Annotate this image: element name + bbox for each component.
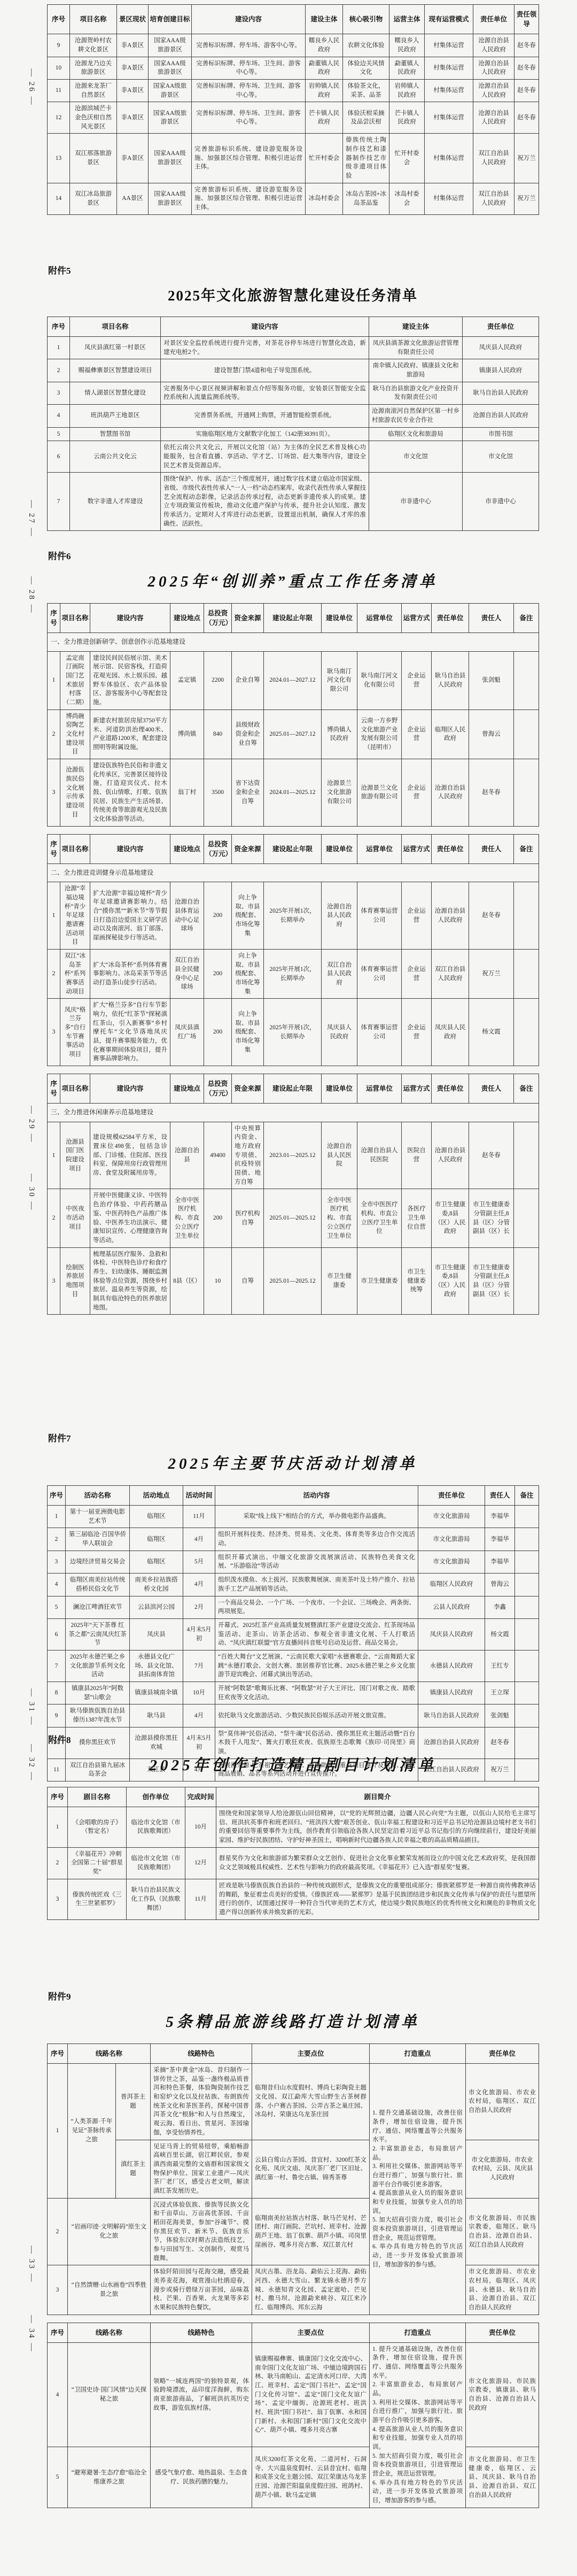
body-cell: 沧源自治县人民政府 — [432, 1122, 469, 1189]
body-cell: 国家AAA级旅游景区 — [149, 134, 192, 183]
body-cell: 市文化馆 — [369, 441, 463, 473]
body-cell: 医院自营 — [402, 1122, 432, 1189]
body-cell — [514, 1189, 539, 1247]
header-cell: 建设内容 — [90, 1074, 170, 1104]
body-cell: 4月末5月初 — [183, 1618, 215, 1650]
body-cell: 体育赛事运营公司 — [357, 882, 402, 950]
body-cell: 12月 — [185, 1847, 216, 1879]
body-cell: 沧源龙乃边关旅游景区 — [70, 57, 117, 79]
body-cell: 临翔区 — [130, 1551, 183, 1573]
attachment-6-label: 附件6 — [48, 549, 539, 562]
header-cell: 责任单位 — [473, 5, 514, 34]
body-cell — [515, 1574, 539, 1596]
body-cell: 沧源自治县人民政府 — [473, 57, 514, 79]
body-cell: 勐董镇人民政府 — [306, 57, 343, 79]
body-cell: 市文化旅游局 — [418, 1528, 485, 1551]
body-cell: 村集体运营 — [425, 57, 473, 79]
body-cell: 7 — [48, 473, 70, 531]
body-cell: 领略“一城连两国”的独特景观，体验跨境漂流，品印度洋海鲜，购东南亚旅游商品，了解… — [151, 2342, 252, 2447]
body-cell: 5 — [48, 427, 70, 441]
header-cell: 项目名称 — [60, 1074, 90, 1104]
body-cell: 赵冬春 — [469, 759, 514, 827]
body-cell: 10 — [48, 57, 70, 79]
body-cell: 凤庆县人民政府 — [418, 1618, 485, 1650]
body-cell: 国家AAA级旅游景区 — [149, 183, 192, 214]
body-cell: 二、全力推进竞训健身示范基地建设 — [48, 863, 539, 882]
body-cell: 向上争取、市县级配套、市场化筹集 — [232, 882, 264, 950]
header-cell: 建设地点 — [170, 834, 204, 863]
body-cell — [514, 882, 539, 950]
body-cell: 完善旅游标识系统、建设游览服务设施、加强景区综合管理、积极引进运营主体。 — [192, 183, 306, 214]
body-cell: 2 — [48, 1847, 68, 1879]
body-cell: 9 — [48, 34, 70, 57]
attachment-5-block: 附件5 2025年文化旅游智慧化建设任务清单 序号项目名称建设内容建设主体责任单… — [47, 263, 539, 538]
body-cell: 一、全力推进创新研学、创意创作示范基地建设 — [48, 633, 539, 651]
body-cell: 4月 — [183, 1574, 215, 1596]
body-cell: 企业运营 — [402, 709, 432, 759]
body-cell: 建设佤族特色民俗和非遗文化传承区，完善景区接待设施，打造迎宾仪式、拉木鼓、佤山情… — [90, 759, 170, 827]
page-number: — 31 — — [27, 1688, 36, 1726]
body-cell: “自然馈赠·山水画卷”四季胜景之旅 — [68, 2265, 151, 2315]
body-cell: 杨文霞 — [469, 999, 514, 1066]
body-cell: 11月 — [185, 1879, 216, 1919]
body-cell: 双江自治县全民健身中心足球场 — [170, 950, 204, 999]
body-cell: 建设智慧门禁4道和电子导览图系统。 — [161, 359, 369, 382]
tourism-routes-table-part1: 序号线路名称线路特色主要点位打造重点责任单位1“人类茶源·千年见证”茶脉传承之旅… — [47, 2043, 539, 2315]
header-cell: 责任单位 — [418, 1486, 485, 1506]
body-cell: 沧源自治县人民政府 — [473, 102, 514, 134]
body-cell: 梳理基层医疗服务、急救和体检、中医特色诊疗和食疗养生、妇幼康体、睡眠监测体验等点… — [90, 1247, 170, 1315]
body-cell: 耿马自治县人民政府 — [432, 651, 469, 709]
body-cell: 临沧市文化馆（市民族歌舞团） — [127, 1847, 185, 1879]
body-cell: 沧源自治县人民医院 — [322, 1122, 357, 1189]
body-cell: 企业运营 — [402, 882, 432, 950]
body-cell: “人类茶源·千年见证”茶脉传承之旅 — [68, 2064, 116, 2198]
body-cell: 第十一届亚洲微电影艺术节 — [66, 1506, 130, 1528]
body-cell: 芒卡镇人民政府 — [389, 102, 425, 134]
body-cell: 沧源景兰文化旅游有限公司 — [357, 759, 402, 827]
header-cell: 运营单位 — [357, 1074, 402, 1104]
body-cell: 10 — [204, 1247, 232, 1315]
body-cell: 云南公共文化云 — [70, 441, 161, 473]
attachment-7-label: 附件7 — [48, 1431, 539, 1444]
body-cell: 张剑魁 — [469, 651, 514, 709]
body-cell: 孟定镇 — [170, 651, 204, 709]
body-cell: 村集体运营 — [425, 183, 473, 214]
body-cell: 云县白莺山古茶园、昔宜村、3200红茶文化苑、凤庆文庙、凤庆茶厂老厂区旧址、滇红… — [252, 2140, 370, 2198]
body-cell: 沧源自治县 — [170, 1122, 204, 1189]
body-cell: 祝万兰 — [514, 134, 539, 183]
header-cell: 资金来源 — [232, 604, 264, 633]
body-cell: 完善标识标牌、停车场、卫生间、游客中心等。 — [192, 102, 306, 134]
body-cell: 王红专 — [485, 1650, 515, 1682]
body-cell: 向上争取、市县级配套、市场化筹集 — [232, 950, 264, 999]
header-cell: 运营方式 — [402, 834, 432, 863]
body-cell: 体验沃柑采摘及品尝沃柑 — [343, 102, 389, 134]
body-cell: 2 — [48, 359, 70, 382]
header-cell: 建设起止年限 — [264, 604, 322, 633]
header-cell: 线路名称 — [68, 2323, 151, 2342]
header-cell: 备注 — [515, 1486, 539, 1506]
body-cell: 3 — [48, 759, 60, 827]
body-cell: 《会唱歌的房子》（暂定名） — [68, 1807, 127, 1848]
body-cell: 扩大“格兰芬多”自行车节影响力，依托“红茶节”探秘滇红茶山，引入新赛事“乡村摩托… — [90, 999, 170, 1066]
body-cell: 2025年永德芒果之乡文化旅游节系列文化活动 — [66, 1650, 130, 1682]
body-cell: 李鑫 — [485, 1596, 515, 1618]
body-cell: 耿马南汀河文化有限公司 — [322, 651, 357, 709]
body-cell: 3 — [48, 999, 60, 1066]
header-cell: 序号 — [48, 834, 60, 863]
body-cell: 1. 提升交通基础设施，改善住宿条件，增加住宿设施，提升医疗、通信、网络覆盖等公… — [370, 2342, 466, 2508]
body-cell: 沧源自治县人民政府 — [463, 405, 539, 427]
body-cell: 博尚镇 — [170, 709, 204, 759]
body-cell: 沉浸式体验佤族、傣族等民族文化和千亩草山、万亩高优茶园、千亩稻田花海美景，参加“… — [151, 2198, 252, 2265]
body-cell: 企业运营 — [402, 950, 432, 999]
attachment-9-block: 附件9 5条精品旅游线路打造计划清单 序号线路名称线路特色主要点位打造重点责任单… — [47, 1989, 539, 2516]
header-cell: 序号 — [48, 317, 70, 337]
body-cell: 数字非遗人才库建设 — [70, 473, 161, 531]
body-cell: 张剑魁 — [485, 1705, 515, 1727]
body-cell: 临翔区文化和旅游局 — [369, 427, 463, 441]
body-cell: 镇康县城南伞镇 — [130, 1682, 183, 1704]
body-cell: 云南一方乡野文化旅游产业发展有限公司（昆明市） — [357, 709, 402, 759]
header-cell: 责任人 — [469, 604, 514, 633]
body-cell: 云县滨河公园 — [130, 1596, 183, 1618]
body-cell: 企业运营 — [402, 999, 432, 1066]
body-cell: 10月 — [183, 1682, 215, 1704]
body-cell: 双江“冰岛茶杯”系列赛事活动项目 — [60, 950, 90, 999]
body-cell: 冰岛古茶园+冰岛茶品鉴 — [343, 183, 389, 214]
body-cell: 镇康县人民政府 — [463, 359, 539, 382]
body-cell: 智慧图书馆 — [70, 427, 161, 441]
body-cell: 国家AAA级旅游景区 — [149, 57, 192, 79]
body-cell: 赵冬春 — [514, 79, 539, 102]
body-cell: 建设民间民俗展示馆、美术展示馆、民宿客栈，打造荷花观光园、水上娱乐园、越野车体验… — [90, 651, 170, 709]
body-cell: 匠戏是耿马傣族佤族自治县的一种传统戏剧形式，是傣族文化的重要组成部分；傣族紧那罗… — [216, 1879, 539, 1919]
header-cell: 项目名称 — [70, 317, 161, 337]
body-cell: 傣族传统土陶制作技艺和漆器制作技艺市级非遗项目体验 — [343, 134, 389, 183]
body-cell: 县级财政资金和企业自筹 — [232, 709, 264, 759]
header-cell: 活动地点 — [130, 1486, 183, 1506]
body-cell: 双江自治县人民政府 — [432, 950, 469, 999]
header-cell: 责任人 — [485, 1486, 515, 1506]
body-cell: 双江冰岛旅游景区 — [70, 183, 117, 214]
body-cell: 200 — [204, 950, 232, 999]
body-cell: 依托耿马文化旅游活动、少数民族民俗娱乐活动开展文旅宣推。 — [215, 1705, 418, 1727]
body-cell: 南伞镇人民政府、镇康县文化和旅游局 — [369, 359, 463, 382]
body-cell: 1 — [48, 2064, 68, 2198]
body-cell — [515, 1682, 539, 1704]
body-cell: 2024.01—2027.12 — [264, 651, 322, 709]
attachment-5-label: 附件5 — [48, 263, 539, 276]
body-cell: 10月 — [185, 1807, 216, 1848]
body-cell: 开展中医健康义诊、中医特色治疗体验、中药药膳品鉴、中医药特色产品推广体验、中医养… — [90, 1189, 170, 1247]
body-cell: 1 — [48, 651, 60, 709]
body-cell: 农耕文化体验 — [343, 34, 389, 57]
body-cell: 医疗机构自筹 — [232, 1189, 264, 1247]
body-cell: 曾海云 — [485, 1574, 515, 1596]
body-cell: 祝万兰 — [514, 183, 539, 214]
body-cell: 1 — [48, 1506, 66, 1528]
header-cell: 序号 — [48, 1074, 60, 1104]
body-cell: 赵冬春 — [514, 34, 539, 57]
body-cell: 市卫生健康委分管副主任,8县（区）分管副县（区）长 — [469, 1247, 514, 1315]
header-cell: 线路名称 — [68, 2044, 151, 2064]
body-cell: 双江那落旅游景区 — [70, 134, 117, 183]
header-cell: 序号 — [48, 1486, 66, 1506]
tourism-routes-table-part2: 序号线路名称线路特色主要点位打造重点责任单位4“卫国史诗·国门风情”边关探秘之旅… — [47, 2323, 539, 2508]
body-cell: 市图书馆 — [463, 427, 539, 441]
body-cell: 沧源自治县人民医院 — [357, 1122, 402, 1189]
body-cell: 200 — [204, 882, 232, 950]
body-cell: 8 — [48, 1682, 66, 1704]
body-cell: 完善服务中心景区视频讲解和景点介绍等服务功能，安装景区智能安全监控系统和人流量监… — [161, 382, 369, 404]
header-cell: 建设地点 — [170, 1074, 204, 1104]
header-cell: 建设内容 — [90, 604, 170, 633]
body-cell: 市文化旅游局、市民族宗教委，临翔区、耿马自治县、沧源自治县、双江自治县人民政府 — [466, 2198, 539, 2265]
body-cell: 市卫生健康委分管副主任,8县（区）分管副县（区）长 — [469, 1189, 514, 1247]
body-cell: 第三届临沧·百国华侨华人联谊会 — [66, 1528, 130, 1551]
body-cell: 市文化馆 — [463, 441, 539, 473]
body-cell: 组织泼水摸鱼、水上拔河、民族歌舞展演、南美茶叶及土特产推介、拉祜族手工艺产品展销… — [215, 1574, 418, 1596]
body-cell: 市卫生健康委,8县（区）人民政府 — [432, 1189, 469, 1247]
body-cell: 糯良乡人民政府 — [389, 34, 425, 57]
body-cell: 体验边关风情文化 — [343, 57, 389, 79]
body-cell: 岩帅镇人民政府 — [306, 79, 343, 102]
body-cell: 7月 — [183, 1650, 215, 1682]
page-number: — 34 — — [27, 2315, 36, 2353]
body-cell: 耿马自治县人民政府 — [418, 1705, 485, 1727]
body-cell: 4 — [48, 405, 70, 427]
body-cell: 冰岛村委会 — [306, 183, 343, 214]
body-cell: 凤庆县人民政府 — [463, 337, 539, 359]
body-cell: “百姓大舞台”文艺展演、“云南民歌大家唱”永德赛歌会、“云南舞蹈大家跳”永德打歌… — [215, 1650, 418, 1682]
body-cell: 博尚镇人民政府 — [322, 709, 357, 759]
page-number: — 28 — — [27, 576, 36, 614]
key-tasks-table-part1: 序号项目名称建设内容建设地点总投资（万元）资金来源建设起止年限建设单位运营单位运… — [47, 603, 539, 827]
header-cell: 景区现状 — [117, 5, 149, 34]
body-cell: 澜沧江啤酒狂欢节 — [66, 1596, 130, 1618]
header-cell: 剧目名称 — [68, 1787, 127, 1807]
body-cell: 中央预算内资金、地方政府专项债、抗疫特别国债、地方自筹 — [232, 1122, 264, 1189]
body-cell: 耿马南汀河文化有限公司 — [357, 651, 402, 709]
body-cell: 南美乡拉祜族搭桥文化园 — [130, 1574, 183, 1596]
header-cell: 完成时间 — [185, 1787, 216, 1807]
body-cell: 凤庆县 — [130, 1618, 183, 1650]
body-cell: 耿马傣族佤族自治县傣历1387年泼水节 — [66, 1705, 130, 1727]
header-cell: 运营方式 — [402, 604, 432, 633]
attachment-9-title: 5条精品旅游线路打造计划清单 — [47, 2010, 539, 2032]
page-number: — 26 — — [27, 68, 36, 106]
body-cell — [515, 1705, 539, 1727]
body-cell: 祝万兰 — [469, 950, 514, 999]
body-cell: 5月 — [183, 1551, 215, 1573]
stage-productions-table: 序号剧目名称创作单位完成时间剧目简介1《会唱歌的房子》（暂定名）临沧市文化馆（市… — [47, 1787, 539, 1920]
body-cell: 200 — [204, 1189, 232, 1247]
header-cell: 活动名称 — [66, 1486, 130, 1506]
header-cell: 建设单位 — [322, 834, 357, 863]
body-cell: 凤庆县滇茶源文化旅游运营管理有限责任公司 — [369, 337, 463, 359]
body-cell: 感受气象疗愈、地热温泉、生态食疗、民族药膳的魅力。 — [151, 2447, 252, 2508]
body-cell — [514, 1247, 539, 1315]
body-cell: 耿马县 — [130, 1705, 183, 1727]
body-cell: 7 — [48, 1650, 66, 1682]
body-cell: 凤庆县人民政府 — [432, 999, 469, 1066]
header-cell: 主要点位 — [252, 2323, 370, 2342]
body-cell: 镇康县2025年“阿数瑟”山歌会 — [66, 1682, 130, 1704]
body-cell: 凤庆县滇红第一村景区 — [70, 337, 161, 359]
body-cell: 全市中医医疗机构、市直公立医疗卫生单位 — [170, 1189, 204, 1247]
body-cell: 孟定南汀画院国门艺术旅居村落（二期） — [60, 651, 90, 709]
body-cell: 赵冬春 — [514, 57, 539, 79]
body-cell: 村集体运营 — [425, 102, 473, 134]
body-cell: 村集体运营 — [425, 34, 473, 57]
header-cell: 备注 — [514, 1074, 539, 1104]
body-cell: 市卫生健康委统筹 — [402, 1247, 432, 1315]
header-cell: 总投资（万元） — [204, 604, 232, 633]
body-cell: 省下达资金和企业自筹 — [232, 759, 264, 827]
body-cell: 2 — [48, 950, 60, 999]
body-cell: 2 — [48, 2198, 68, 2265]
body-cell: 村集体运营 — [425, 134, 473, 183]
body-cell: 沧源贺岭村农耕文化景区 — [70, 34, 117, 57]
body-cell: 临翔区南美拉祜传统搭桥民俗文化节 — [66, 1574, 130, 1596]
body-cell: 三、全力推进休闲康养示范基地建设 — [48, 1104, 539, 1122]
body-cell: 非A景区 — [117, 134, 149, 183]
body-cell: 沧源自治县人民政府 — [473, 79, 514, 102]
body-cell: 2025年“天下茶尊 红茶之都”云南凤庆红茶节 — [66, 1618, 130, 1650]
body-cell: 自筹 — [232, 1247, 264, 1315]
body-cell: 5 — [48, 1596, 66, 1618]
attachment-5-title: 2025年文化旅游智慧化建设任务清单 — [47, 284, 539, 305]
body-cell: 2 — [48, 1528, 66, 1551]
body-cell: 实施临翔区地方文献数字化加工（142册38391页）。 — [161, 427, 369, 441]
body-cell: 双江自治县人民政府 — [473, 134, 514, 183]
header-cell: 序号 — [48, 2044, 68, 2064]
body-cell: 对景区安全监控系统进行提升完善，对茶花谷停车场进行智慧化改造，新建充电桩2个。 — [161, 337, 369, 359]
body-cell: 沧源“幸福边境杯”青少年足球邀请赛活动项目 — [60, 882, 90, 950]
body-cell: 1 — [48, 1122, 60, 1189]
header-cell: 创作单位 — [127, 1787, 185, 1807]
body-cell: 临翔昔归山水度假村、博尚七彩陶瓷主题文化园、双江勐库大雪山野生古茶树群落、小户赛… — [252, 2064, 370, 2140]
body-cell: 赵冬春 — [469, 882, 514, 950]
body-cell: 边境经济贸易交易会 — [66, 1551, 130, 1573]
body-cell: 体验阡陌田园与花海交融，感受最美荞麦花海，观赏漫山杜鹃迎春，漫步或骑行碧绿万亩茶… — [151, 2265, 252, 2315]
body-cell: 2025.01—2025.12 — [264, 1247, 322, 1315]
body-cell: 3 — [48, 1247, 60, 1315]
body-cell: 凤庆县人民政府 — [322, 999, 357, 1066]
body-cell: 市文化旅游局、市卫生健康委，临翔区、云县、凤庆县、耿马自治县、沧源自治县、双江自… — [466, 2447, 539, 2508]
header-cell: 运营方式 — [402, 1074, 432, 1104]
page-number: — 27 — — [27, 500, 36, 538]
body-cell — [515, 1506, 539, 1528]
header-cell: 资金来源 — [232, 834, 264, 863]
body-cell: 49400 — [204, 1122, 232, 1189]
body-cell: 建设规模62584平方米，设置床位498张，包括急诊部、门诊楼、住院部、医技科室… — [90, 1122, 170, 1189]
body-cell: 完善标识标牌、停车场、卫生间、游客中心等。 — [192, 79, 306, 102]
body-cell: 沧源来龙茶厂自然景区 — [70, 79, 117, 102]
body-cell: 赐福彝寨景区智慧建设项目 — [70, 359, 161, 382]
header-cell: 项目名称 — [60, 834, 90, 863]
body-cell: 勐董镇人民政府 — [389, 57, 425, 79]
body-cell: 滇红茶主题 — [116, 2140, 151, 2198]
body-cell: 2月 — [183, 1596, 215, 1618]
header-cell: 建设地点 — [170, 604, 204, 633]
body-cell: 沧源佤族民俗文化展示传承建设项目 — [60, 759, 90, 827]
body-cell: 沧源县国门医院建设项目 — [60, 1122, 90, 1189]
body-cell: 3 — [48, 2265, 68, 2315]
body-cell: 市非遗中心 — [463, 473, 539, 531]
body-cell: 围绕党和国家领导人给沧源佤山回信精神，以“党的光辉照边疆，边疆人民心向党”为主题… — [216, 1807, 539, 1848]
body-cell: 12 — [48, 102, 70, 134]
body-cell: “卫国史诗·国门风情”边关探秘之旅 — [68, 2342, 151, 2447]
body-cell: 耿马自治县民族文化工作队（民族歌舞团） — [127, 1879, 185, 1919]
attachment-6-block: 附件6 2025年“创训养”重点工作任务清单 序号项目名称建设内容建设地点总投资… — [47, 549, 539, 1322]
body-cell: 扩大“冰岛茶杯”系列体育赛事影响力。冰岛采茶节等活动打造茶山徒步行活动。 — [90, 950, 170, 999]
body-cell: 王立琛 — [485, 1682, 515, 1704]
body-cell: 沧源自治县人民政府 — [432, 882, 469, 950]
body-cell: 非A景区 — [117, 34, 149, 57]
body-cell: 市文化旅游局、市农业农村局，临翔区、凤庆县、永德县、耿马自治县、沧源自治县、双江… — [466, 2265, 539, 2315]
body-cell: 中医夜市活动项目 — [60, 1189, 90, 1247]
body-cell: 市卫生健康委,8县（区）人民政府 — [432, 1247, 469, 1315]
body-cell: 岩帅镇人民政府 — [389, 79, 425, 102]
body-cell: 傣族传统匠戏《三生三世紧那罗》 — [68, 1879, 127, 1919]
header-cell: 总投资（万元） — [204, 1074, 232, 1104]
body-cell: 各医疗卫生单位自营 — [402, 1189, 432, 1247]
body-cell: 双江自治县人民政府 — [473, 183, 514, 214]
body-cell: 采取“线上线下”相结合的方式，举办微电影作品盛典。 — [215, 1506, 418, 1528]
body-cell — [515, 1596, 539, 1618]
body-cell: 3 — [48, 1879, 68, 1919]
body-cell: 非A景区 — [117, 79, 149, 102]
body-cell: 沧源自治县体育运动中心足球场 — [170, 882, 204, 950]
body-cell: 9 — [48, 1705, 66, 1727]
header-cell: 建设内容 — [161, 317, 369, 337]
key-tasks-table-part2: 序号项目名称建设内容建设地点总投资（万元）资金来源建设起止年限建设单位运营单位运… — [47, 834, 539, 1066]
body-cell: 一个商品交易会、一个广场、一个夜市、一个会议、三场晚会、两条街、两项展览。 — [215, 1596, 418, 1618]
header-cell: 建设单位 — [322, 1074, 357, 1104]
body-cell — [515, 1528, 539, 1551]
header-cell: 建设单位 — [322, 604, 357, 633]
body-cell: 市卫生健康委 — [357, 1247, 402, 1315]
body-cell: 2 — [48, 709, 60, 759]
body-cell: 采摘“茶中黄金”冰岛、昔归制作一饼传世之茶，品鉴一盏终极品质普洱和特色茶餐，体验… — [151, 2064, 252, 2140]
body-cell: 冰岛村委会 — [389, 183, 425, 214]
body-cell: 群星奖作为文化和旅游部为繁荣群众文艺创作、促进社会文化事业繁荣发展而设立的中国文… — [216, 1847, 539, 1879]
body-cell: 4 — [48, 1574, 66, 1596]
attachment-6-title: 2025年“创训养”重点工作任务清单 — [47, 569, 539, 591]
body-cell: 4 — [48, 2342, 68, 2447]
body-cell: 全市中医医疗机构、市直公立医疗卫生单位 — [322, 1189, 357, 1247]
body-cell: 2 — [48, 1189, 60, 1247]
header-cell: 序号 — [48, 2323, 68, 2342]
body-cell: 临翔区人民政府 — [418, 1574, 485, 1596]
body-cell: 市非遗中心 — [369, 473, 463, 531]
body-cell: 2025年开展1次，长期举办 — [264, 950, 322, 999]
body-cell: 完善票务系统，开通网上购票，开通智能检票系统。 — [161, 405, 369, 427]
body-cell: 李福华 — [485, 1506, 515, 1528]
body-cell: 全市中医医疗机构、市直公立医疗卫生单位 — [357, 1189, 402, 1247]
body-cell — [515, 1650, 539, 1682]
body-cell: “岩画印迹·文明解码”原生文化之旅 — [68, 2198, 151, 2265]
header-cell: 运营主体 — [389, 5, 425, 34]
body-cell: 耿马自治县旅游文化产业投资开发有限责任公司 — [369, 382, 463, 404]
body-cell — [514, 999, 539, 1066]
header-cell: 总投资（万元） — [204, 834, 232, 863]
body-cell: “避寒避暑·生态疗愈”临沧全维康养之旅 — [68, 2447, 151, 2508]
body-cell: 普洱茶主题 — [116, 2064, 151, 2140]
